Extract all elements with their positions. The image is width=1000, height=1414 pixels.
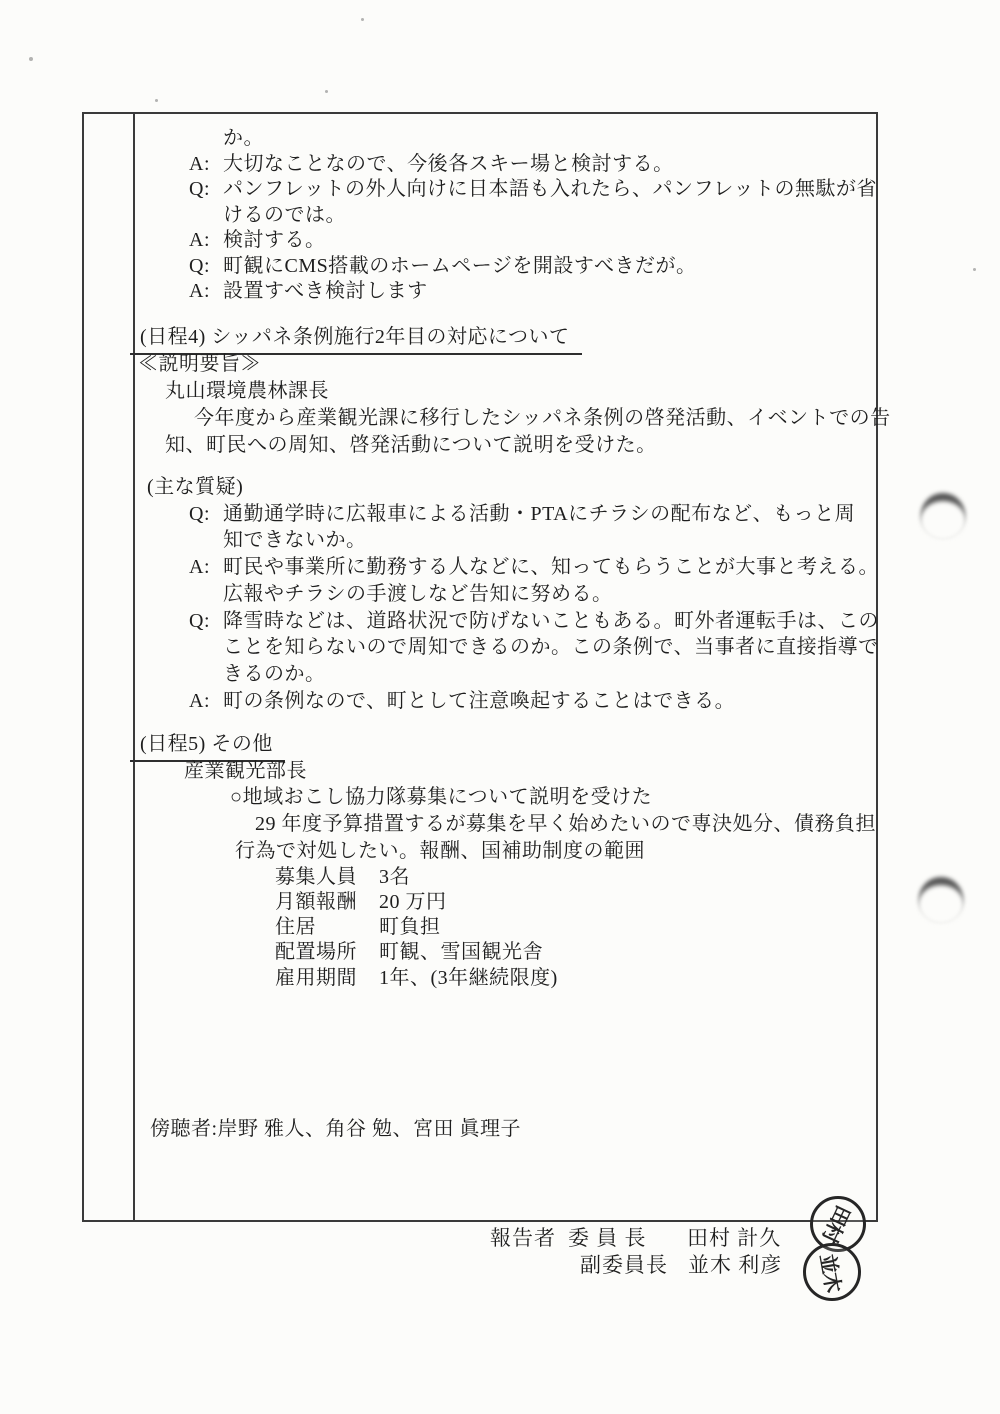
qa-line: A:大切なことなので、今後各スキー場と検討する。 <box>223 151 674 178</box>
detail-value: 20 万円 <box>379 889 447 916</box>
detail-label: 配置場所 <box>275 941 357 963</box>
qa-line: 知できないか。 <box>223 527 367 554</box>
chair-name: 田村 計久 <box>687 1224 781 1252</box>
detail-value: 1年、(3年継続限度) <box>379 965 558 992</box>
recruit-detail-row: 募集人員3名 <box>275 864 357 891</box>
questions-label: (主な質疑) <box>147 474 243 501</box>
vice-chair-title: 副委員長 <box>580 1251 668 1279</box>
dust-speck <box>361 18 364 21</box>
qa-text: 町民や事業所に勤務する人などに、知ってもらうことが大事と考える。 <box>223 556 879 578</box>
qa-line: Q:パンフレットの外人向けに日本語も入れたら、パンフレットの無駄が省 <box>223 176 877 203</box>
seal-text: 並木 <box>814 1251 849 1293</box>
punch-hole-shadow <box>919 877 963 921</box>
reporter-label: 報告者 <box>490 1224 556 1252</box>
qa-text: 町観にCMS搭載のホームページを開設すべきだが。 <box>223 255 696 277</box>
detail-value: 町負担 <box>379 914 441 941</box>
vice-chair-name: 並木 利彦 <box>688 1251 782 1279</box>
qa-line: A:設置すべき検討します <box>223 278 428 305</box>
qa-line: 広報やチラシの手渡しなど告知に努める。 <box>223 581 613 608</box>
agenda5-speaker: 産業観光部長 <box>184 758 307 785</box>
left-column-divider <box>133 114 135 1220</box>
qa-marker: A: <box>189 554 210 581</box>
qa-text: けるのでは。 <box>223 204 346 226</box>
qa-marker: A: <box>189 688 210 715</box>
qa-text: 降雪時などは、道路状況で防げないこともある。町外者運転手は、この <box>223 610 879 632</box>
qa-line: きるのか。 <box>223 661 326 688</box>
qa-text: 通勤通学時に広報車による活動・PTAにチラシの配布など、もっと周 <box>223 503 855 525</box>
qa-line: Q:通勤通学時に広報車による活動・PTAにチラシの配布など、もっと周 <box>223 501 855 528</box>
observers-line: 傍聴者:岸野 雅人、角谷 勉、宮田 眞理子 <box>150 1116 521 1143</box>
qa-marker: Q: <box>189 608 210 635</box>
agenda5-paragraph-line: 29 年度予算措置するが募集を早く始めたいので専決処分、債務負担 <box>255 811 876 838</box>
summary-label: ≪説明要旨≫ <box>138 351 261 378</box>
seal-text: 田村 <box>817 1201 859 1248</box>
chair-title: 委 員 長 <box>568 1224 647 1252</box>
dust-speck <box>973 268 976 271</box>
qa-line: A:検討する。 <box>223 227 326 254</box>
punch-hole-shadow <box>921 493 965 537</box>
dust-speck <box>29 57 33 61</box>
qa-text: ことを知らないので周知できるのか。この条例で、当事者に直接指導で <box>223 636 879 658</box>
detail-value: 町観、雪国観光舎 <box>379 939 543 966</box>
qa-text: きるのか。 <box>223 663 326 685</box>
qa-marker: A: <box>189 227 210 254</box>
agenda4-speaker: 丸山環境農林課長 <box>165 378 329 405</box>
detail-label: 雇用期間 <box>275 967 357 989</box>
detail-label: 月額報酬 <box>275 891 357 913</box>
detail-label: 募集人員 <box>275 866 357 888</box>
agenda5-item: ○地域おこし協力隊募集について説明を受けた <box>230 784 652 811</box>
qa-marker: Q: <box>189 176 210 203</box>
qa-text: 町の条例なので、町として注意喚起することはできる。 <box>223 690 735 712</box>
agenda5-paragraph-line: 行為で対処したい。報酬、国補助制度の範囲 <box>235 838 645 865</box>
qa-line: Q:町観にCMS搭載のホームページを開設すべきだが。 <box>223 253 696 280</box>
qa-line: か。 <box>223 125 264 152</box>
recruit-detail-row: 配置場所町観、雪国観光舎 <box>275 939 357 966</box>
agenda4-paragraph-line: 知、町民への周知、啓発活動について説明を受けた。 <box>165 432 657 459</box>
qa-marker: Q: <box>189 253 210 280</box>
qa-line: ことを知らないので周知できるのか。この条例で、当事者に直接指導で <box>223 634 879 661</box>
vice-chair-seal-stamp: 並木 <box>803 1243 861 1301</box>
qa-marker: A: <box>189 151 210 178</box>
qa-text: 大切なことなので、今後各スキー場と検討する。 <box>223 153 674 175</box>
qa-text: 知できないか。 <box>223 529 367 551</box>
qa-text: か。 <box>223 127 264 149</box>
qa-marker: A: <box>189 278 210 305</box>
dust-speck <box>155 99 158 102</box>
qa-line: Q:降雪時などは、道路状況で防げないこともある。町外者運転手は、この <box>223 608 879 635</box>
dust-speck <box>325 90 328 93</box>
qa-text: 広報やチラシの手渡しなど告知に努める。 <box>223 583 613 605</box>
agenda4-paragraph-line: 今年度から産業観光課に移行したシッパネ条例の啓発活動、イベントでの告 <box>194 405 891 432</box>
qa-text: 検討する。 <box>223 229 326 251</box>
qa-text: パンフレットの外人向けに日本語も入れたら、パンフレットの無駄が省 <box>223 178 877 200</box>
scanned-minutes-page: か。 A:大切なことなので、今後各スキー場と検討する。 Q:パンフレットの外人向… <box>0 0 1000 1414</box>
detail-value: 3名 <box>379 864 410 891</box>
qa-line: けるのでは。 <box>223 202 346 229</box>
qa-line: A:町民や事業所に勤務する人などに、知ってもらうことが大事と考える。 <box>223 554 879 581</box>
recruit-detail-row: 雇用期間1年、(3年継続限度) <box>275 965 357 992</box>
qa-text: 設置すべき検討します <box>223 280 428 302</box>
minutes-table-frame: か。 A:大切なことなので、今後各スキー場と検討する。 Q:パンフレットの外人向… <box>82 112 878 1222</box>
recruit-detail-row: 住居町負担 <box>275 914 316 941</box>
qa-line: A:町の条例なので、町として注意喚起することはできる。 <box>223 688 735 715</box>
qa-marker: Q: <box>189 501 210 528</box>
recruit-detail-row: 月額報酬20 万円 <box>275 889 357 916</box>
detail-label: 住居 <box>275 916 316 938</box>
